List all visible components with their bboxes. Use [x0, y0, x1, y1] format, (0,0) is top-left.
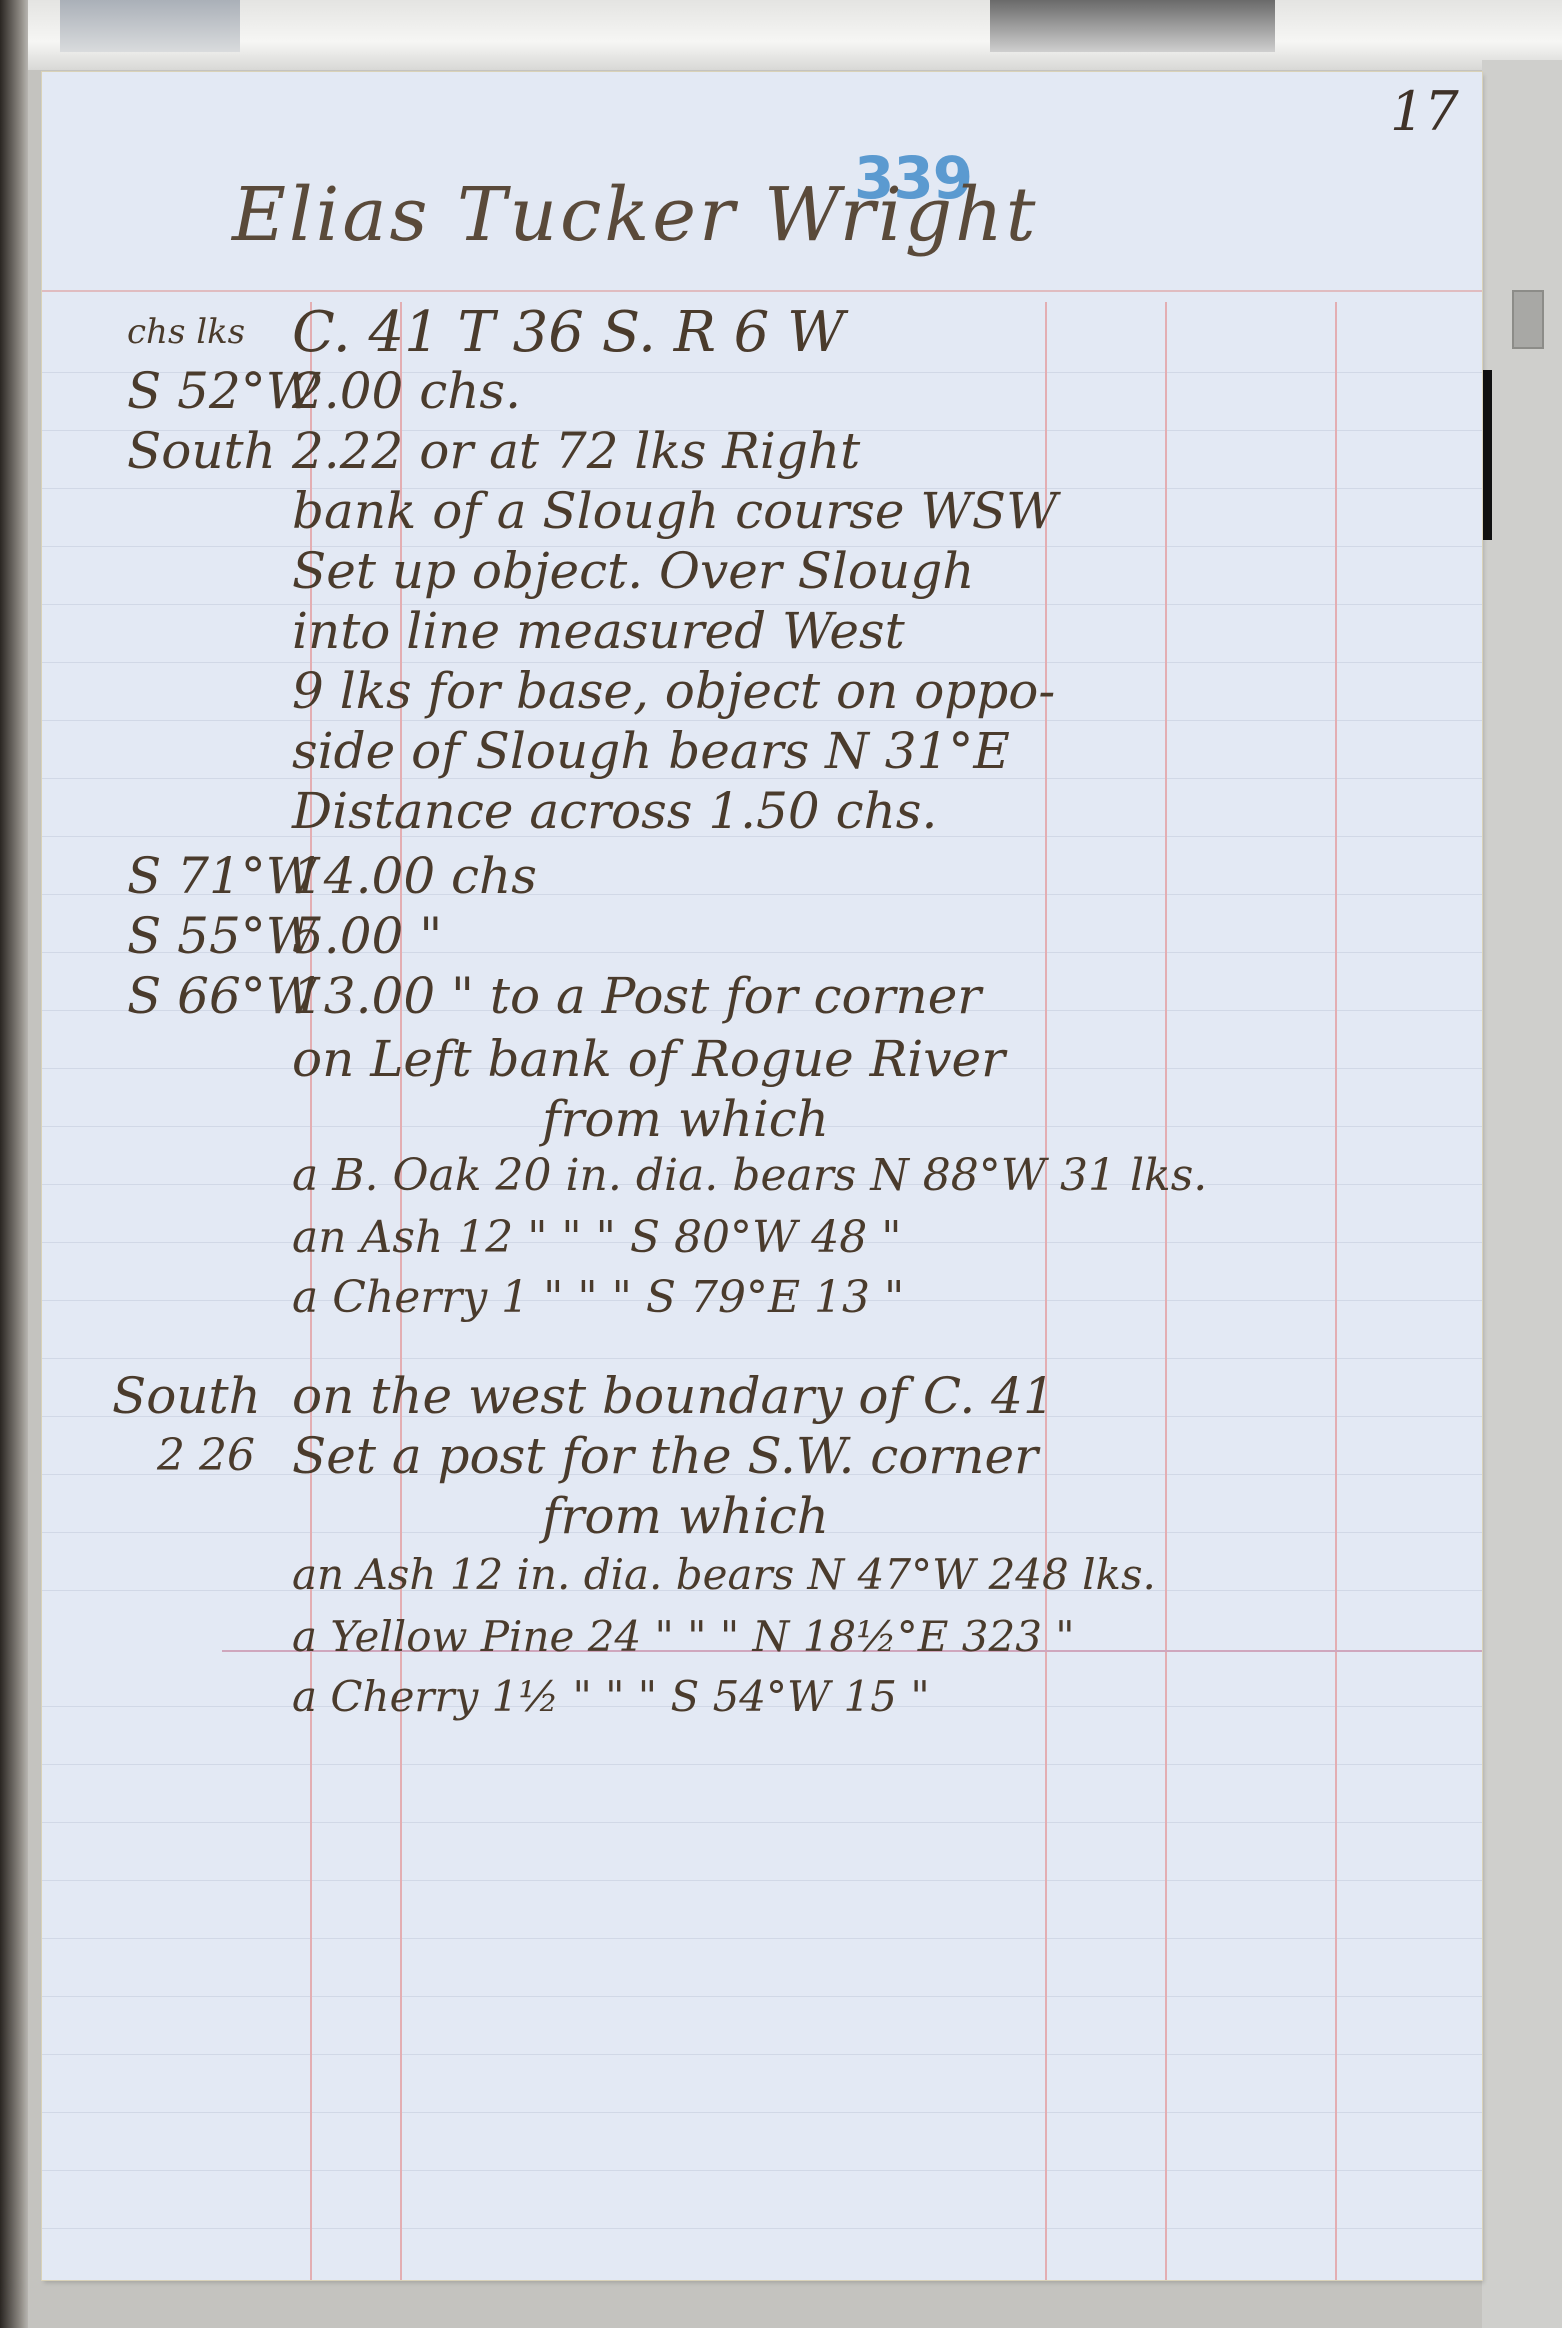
witness-tree: a Cherry 1 " " " S 79°E 13 "	[292, 1272, 904, 1323]
rule-line	[42, 1880, 1482, 1881]
witness-tree: a B. Oak 20 in. dia. bears N 88°W 31 lks…	[292, 1150, 1207, 1201]
rule-line	[42, 720, 1482, 721]
entry-bearing: S 71°W	[127, 847, 317, 905]
entry-text: from which	[542, 1487, 829, 1545]
entry-text: on the west boundary of C. 41	[292, 1367, 1055, 1425]
entry-distance: 2 26	[157, 1430, 255, 1481]
rule-line	[42, 2112, 1482, 2113]
entry-text: 13.00 " to a Post for corner	[292, 967, 981, 1025]
scanner-rail	[0, 0, 28, 2328]
column-rule	[1045, 302, 1047, 2280]
entry-text: 2.00 chs.	[292, 362, 521, 420]
witness-tree: a Yellow Pine 24 " " " N 18½°E 323 "	[292, 1612, 1075, 1661]
page-title: Elias Tucker Wright	[232, 172, 1039, 258]
entry-text: bank of a Slough course WSW	[292, 482, 1057, 540]
entry-bearing: S 52°W	[127, 362, 317, 420]
entry-bearing: South	[112, 1367, 261, 1425]
claim-designation: C. 41 T 36 S. R 6 W	[292, 300, 845, 365]
entry-bearing: S 66°W	[127, 967, 317, 1025]
bearing-column-header: chs lks	[127, 312, 245, 352]
entry-text: from which	[542, 1090, 829, 1148]
clip-bar	[1482, 370, 1492, 540]
entry-text: 14.00 chs	[292, 847, 537, 905]
entry-bearing: South	[127, 422, 276, 480]
page-number: 17	[1390, 80, 1459, 143]
entry-text: Set a post for the S.W. corner	[292, 1427, 1038, 1485]
scanner-clamp-right	[990, 0, 1275, 52]
entry-text: Set up object. Over Slough	[292, 542, 974, 600]
rule-line	[42, 1996, 1482, 1997]
rule-line	[42, 2228, 1482, 2229]
entry-bearing: S 55°W	[127, 907, 317, 965]
entry-text: on Left bank of Rogue River	[292, 1030, 1005, 1088]
witness-tree: an Ash 12 in. dia. bears N 47°W 248 lks.	[292, 1550, 1156, 1599]
column-rule	[1335, 302, 1337, 2280]
rule-line	[42, 2170, 1482, 2171]
rule-line	[42, 1938, 1482, 1939]
witness-tree: a Cherry 1½ " " " S 54°W 15 "	[292, 1672, 930, 1721]
scanner-frame-top	[0, 0, 1562, 70]
rule-line	[42, 1822, 1482, 1823]
rule-line	[42, 2054, 1482, 2055]
ledger-page: 17 339 Elias Tucker Wright chs lks C. 41…	[42, 72, 1482, 2280]
clip-slot	[1512, 290, 1544, 349]
entry-text: 9 lks for base, object on oppo-	[292, 662, 1055, 720]
scanner-clamp-left	[60, 0, 240, 52]
entry-text: Distance across 1.50 chs.	[292, 782, 937, 840]
column-rule	[1165, 302, 1167, 2280]
entry-text: 2.22 or at 72 lks Right	[292, 422, 860, 480]
entry-text: into line measured West	[292, 602, 905, 660]
rule-line	[42, 1764, 1482, 1765]
entry-text: side of Slough bears N 31°E	[292, 722, 1010, 780]
witness-tree: an Ash 12 " " " S 80°W 48 "	[292, 1212, 901, 1263]
title-rule	[42, 290, 1482, 292]
rule-line	[42, 1358, 1482, 1359]
entry-text: 5.00 "	[292, 907, 442, 965]
scanner-clip	[1482, 60, 1562, 2328]
